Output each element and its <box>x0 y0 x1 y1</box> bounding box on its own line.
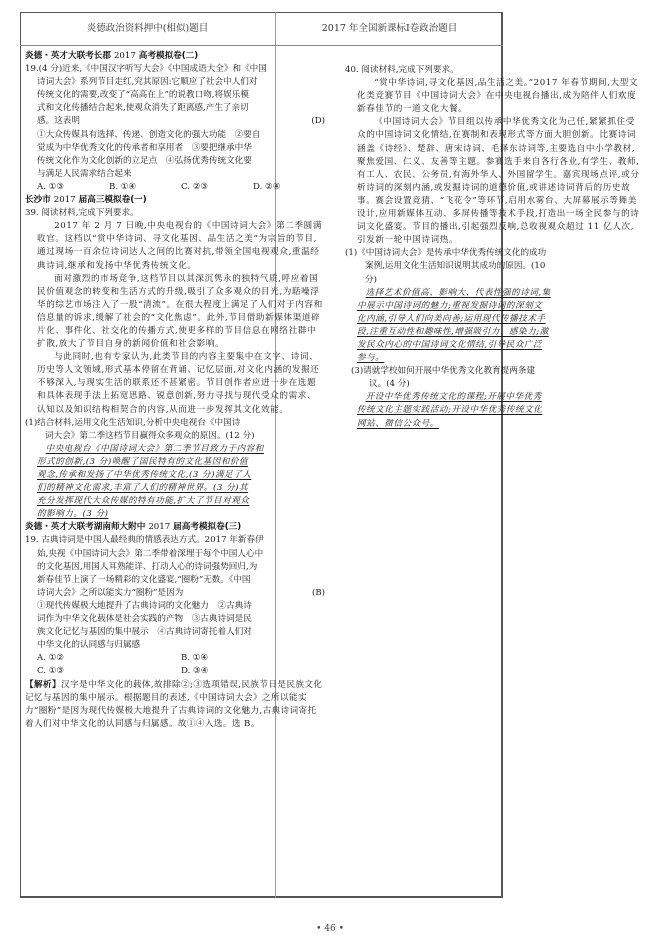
left-column: 炎德・英才大联考长郡 2017 高考模拟卷(二) 19.(4 分)近来,《中国汉… <box>25 50 325 731</box>
analysis-block: 【解析】汉字是中华文化的载体,故排除②;③选项错误,民族节日是民族文化记忆与基因… <box>25 679 325 731</box>
source-heading-1: 炎德・英才大联考长郡 2017 高考模拟卷(二) <box>25 50 325 63</box>
answer-block-3: 开设中华优秀传统文化的课程;开展中华优秀 传统文化主题实践活动;开设中华优秀传统… <box>345 391 640 430</box>
answer-block: 中央电视台《中国诗词大会》第二季节目致力于内容和 形式的创新,(3 分)唤醒了国… <box>25 443 325 522</box>
table-header: 炎德政治资料押中(相似)题目 2017 年全国新课标Ⅰ卷政治题目 <box>20 12 503 46</box>
material-paragraph: 《中国诗词大会》节目组以传承中华优秀文化为己任,紧紧抓住受众的中国诗词文化情结,… <box>357 116 640 247</box>
question-19-a: 19.(4 分)近来,《中国汉字听写大会》《中国成语大全》和《中国 诗词大会》系… <box>25 63 325 194</box>
answer-tag: (D) <box>311 115 325 128</box>
analysis-label: 【解析】 <box>25 680 61 690</box>
source-heading-2: 长沙市 2017 届高三模拟卷(一) <box>25 194 325 207</box>
answer-tag: (B) <box>312 587 325 600</box>
answer-block-1: 选择艺术价值高、影响大、代表性强的诗词,集 中展示中国诗词的魅力;重视发掘诗词的… <box>345 287 640 366</box>
material-paragraph: 与此同时,也有专家认为,此类节目的内容主要集中在文字、诗词、历史等人文领域,形式… <box>37 351 325 416</box>
page-number: • 46 • <box>0 924 660 934</box>
material-paragraph: 2017 年 2 月 7 日晚,中央电视台的《中国诗词大会》第二季圆满收官。这档… <box>37 220 325 272</box>
question-19-b: 19. 古典诗词是中国人最经典的情感表达方式。2017 年新春伊 始,央视《中国… <box>25 534 325 730</box>
question-40: 40. 阅读材料,完成下列要求。 “赏中华诗词,寻文化基因,品生活之美。”201… <box>345 64 640 431</box>
options-row: A. ①③ B. ①④ C. ②③ D. ②④ <box>25 181 325 194</box>
header-right-title: 2017 年全国新课标Ⅰ卷政治题目 <box>276 12 503 45</box>
options-grid: A. ①② B. ①④ C. ①③ D. ③④ <box>25 652 325 678</box>
material-paragraph: 面对激烈的市场竞争,这档节目以其深沉隽永的独特气质,呼应着国民价值观念的转变和生… <box>37 273 325 352</box>
material-paragraph: “赏中华诗词,寻文化基因,品生活之美。”2017 年春节期间,大型文化类竞赛节目… <box>357 77 640 116</box>
header-left-title: 炎德政治资料押中(相似)题目 <box>20 12 275 45</box>
source-heading-3: 炎德・英才大联考湖南师大附中 2017 届高考模拟卷(三) <box>25 521 325 534</box>
right-column: 40. 阅读材料,完成下列要求。 “赏中华诗词,寻文化基因,品生活之美。”201… <box>345 64 640 431</box>
question-39: 39. 阅读材料,完成下列要求。 2017 年 2 月 7 日晚,中央电视台的《… <box>25 207 325 521</box>
